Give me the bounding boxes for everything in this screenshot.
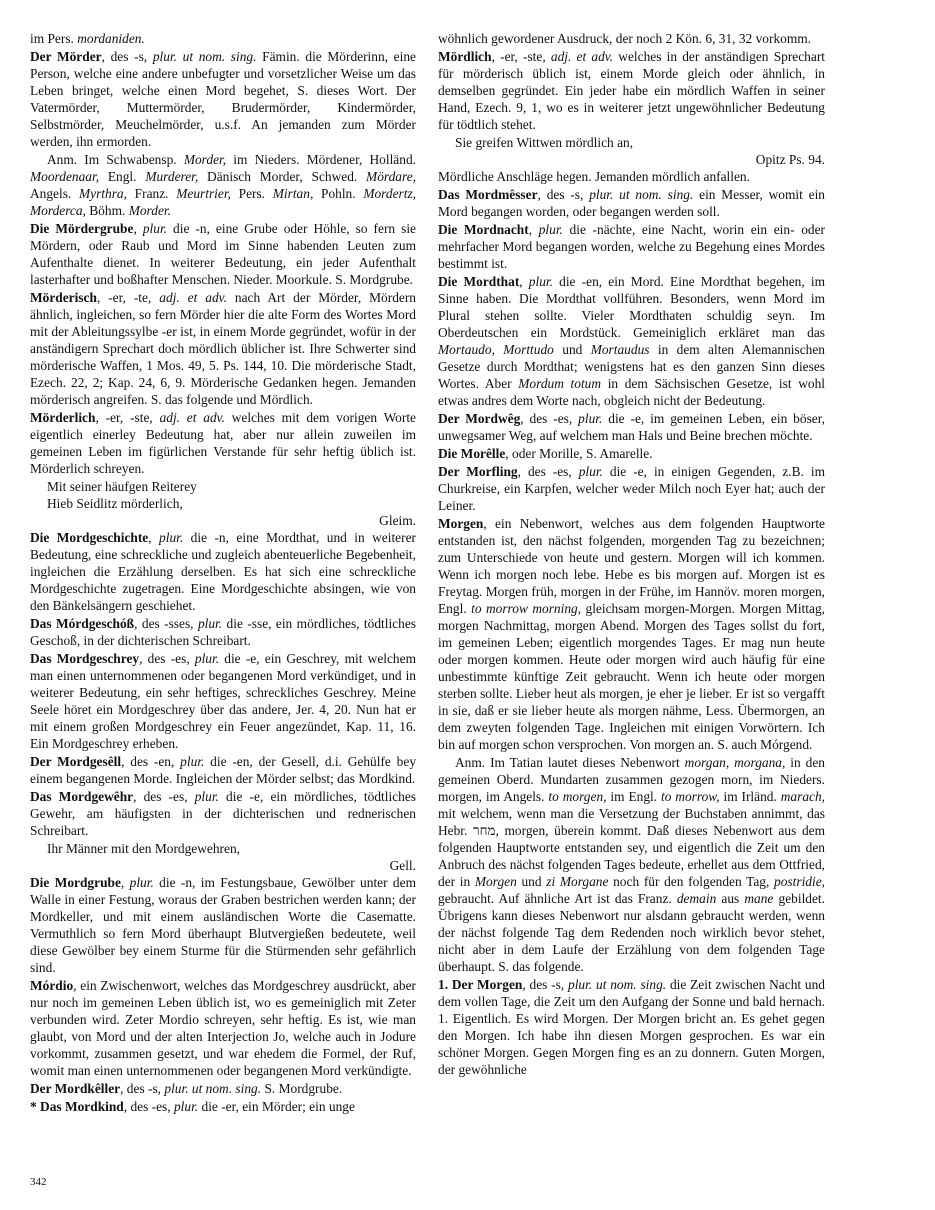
italic-term: morgan, morgana,	[685, 755, 786, 770]
headword: Die Morêlle	[438, 446, 505, 461]
entry-text: ,	[519, 274, 529, 289]
italic-term: plur.	[195, 651, 219, 666]
italic-term: to mor­row,	[661, 789, 720, 804]
entry-text: Dänisch Morder, Schwed.	[198, 169, 366, 184]
headword: Die Mordnacht	[438, 222, 529, 237]
dictionary-entry: Mörderlich, -er, -ste, adj. et adv. welc…	[30, 409, 416, 477]
dictionary-entry: im Pers. mordaniden.	[30, 30, 416, 47]
annotation-paragraph: Anm. Im Schwabensp. Morder, im Nieders. …	[30, 151, 416, 219]
left-column: im Pers. mordaniden.Der Mörder, des -s, …	[30, 30, 416, 1116]
italic-term: Moordenaar,	[30, 169, 99, 184]
dictionary-entry: Der Mordkêller, des -s, plur. ut nom. si…	[30, 1080, 416, 1097]
headword: Der Mordwêg	[438, 411, 520, 426]
headword: Mórdio	[30, 978, 73, 993]
headword: * Das Mordkind	[30, 1099, 124, 1114]
entry-text: ,	[148, 530, 159, 545]
entry-text: Pohln.	[313, 186, 363, 201]
entry-text: ,	[121, 875, 130, 890]
entry-text: Gell.	[390, 858, 416, 873]
entry-text: die Zeit zwischen Nacht und dem vollen T…	[438, 977, 825, 1077]
entry-text: Fämin. die Mörderinn, eine Person, welch…	[30, 49, 416, 149]
entry-text: , oder Morille, S. Amarelle.	[505, 446, 652, 461]
entry-text: Sie greifen Wittwen mördlich an,	[455, 135, 633, 150]
italic-term: to morrow mor­ning,	[471, 601, 581, 616]
entry-text: Mit seiner häufgen Reiterey	[47, 479, 197, 494]
italic-term: marach,	[781, 789, 825, 804]
entry-text: Pers.	[231, 186, 273, 201]
entry-text: Mördliche Anschläge hegen. Jemanden mörd…	[438, 169, 750, 184]
dictionary-entry: Das Mordgeschrey, des -es, plur. die -e,…	[30, 650, 416, 752]
entry-text: die -e, ein Geschrey, mit welchem man ei…	[30, 651, 416, 751]
dictionary-entry: Der Mörder, des -s, plur. ut nom. sing. …	[30, 48, 416, 150]
dictionary-entry: Die Morêlle, oder Morille, S. Amarelle.	[438, 445, 825, 462]
italic-term: Mördare,	[366, 169, 416, 184]
italic-term: Mortaudo, Morttudo	[438, 342, 554, 357]
entry-text: gleichsam morgen-Morgen. Morgen Mittag, …	[438, 601, 825, 752]
entry-text: Ihr Männer mit den Mordgewehren,	[47, 841, 240, 856]
entry-text: gebraucht. Auf ähnliche Art ist das Fran…	[438, 891, 677, 906]
italic-term: adj. et adv.	[159, 290, 227, 305]
italic-term: Morder,	[184, 152, 226, 167]
entry-text: aus	[716, 891, 744, 906]
dictionary-entry: Morgen, ein Nebenwort, welches aus dem f…	[438, 515, 825, 753]
entry-text: und	[554, 342, 591, 357]
dictionary-entry: Der Mordgesêll, des -en, plur. die -en, …	[30, 753, 416, 787]
entry-text: ,	[133, 221, 142, 236]
headword: Die Mordgrube	[30, 875, 121, 890]
entry-text: , des -es,	[518, 464, 579, 479]
dictionary-entry: Das Mordgewêhr, des -es, plur. die -e, e…	[30, 788, 416, 839]
entry-text: , des -es,	[124, 1099, 174, 1114]
entry-text: , -er, -ste,	[492, 49, 551, 64]
headword: Die Mordgeschichte	[30, 530, 148, 545]
entry-text: ,	[529, 222, 539, 237]
headword: Morgen	[438, 516, 483, 531]
verse-quote: Sie greifen Wittwen mördlich an,	[438, 134, 825, 151]
right-column: wöhnlich gewordener Ausdruck, der noch 2…	[438, 30, 825, 1079]
entry-text: wöhnlich gewordener Ausdruck, der noch 2…	[438, 31, 811, 46]
headword: Mörderisch	[30, 290, 97, 305]
headword: Der Mordgesêll	[30, 754, 121, 769]
entry-text: Franz.	[127, 186, 176, 201]
headword: Das Mórdgeschóß	[30, 616, 134, 631]
entry-text: S. Mordgrube.	[261, 1081, 342, 1096]
entry-text: Böhm.	[86, 203, 129, 218]
entry-text: Angels.	[30, 186, 79, 201]
entry-text: , des -s,	[102, 49, 153, 64]
dictionary-entry: Das Mordmêsser, des -s, plur. ut nom. si…	[438, 186, 825, 220]
italic-term: plur. ut nom. sing.	[589, 187, 693, 202]
dictionary-entry: Die Mordthat, plur. die -en, ein Mord. E…	[438, 273, 825, 409]
italic-term: plur.	[529, 274, 553, 289]
citation-source: Gleim.	[30, 512, 416, 529]
page-number: 342	[30, 1176, 47, 1188]
entry-text: , ein Zwischenwort, welches das Mordgesc…	[30, 978, 416, 1078]
dictionary-entry: Die Mördergrube, plur. die -n, eine Grub…	[30, 220, 416, 288]
entry-text: und	[517, 874, 546, 889]
entry-text: im Engl.	[607, 789, 661, 804]
dictionary-entry: Das Mórdgeschóß, des -sses, plur. die -s…	[30, 615, 416, 649]
verse-quote: Ihr Männer mit den Mordgewehren,	[30, 840, 416, 857]
dictionary-entry: Die Mordnacht, plur. die -nächte, eine N…	[438, 221, 825, 272]
dictionary-entry: Der Morfling, des -es, plur. die -e, in …	[438, 463, 825, 514]
italic-term: plur.	[195, 789, 219, 804]
italic-term: plur.	[539, 222, 563, 237]
dictionary-entry: * Das Mordkind, des -es, plur. die -er, …	[30, 1098, 416, 1115]
annotation-paragraph: Anm. Im Tatian lautet dieses Nebenwort m…	[438, 754, 825, 975]
italic-term: Murderer,	[145, 169, 198, 184]
italic-term: postridie,	[774, 874, 825, 889]
italic-term: plur.	[174, 1099, 198, 1114]
dictionary-entry: Die Mordgrube, plur. die -n, im Festungs…	[30, 874, 416, 976]
headword: Das Mordmêsser	[438, 187, 538, 202]
italic-term: Morgen	[475, 874, 517, 889]
entry-text: noch für den folgenden Tag,	[608, 874, 774, 889]
italic-term: Mirtan,	[273, 186, 314, 201]
italic-term: Morder.	[129, 203, 171, 218]
italic-term: Meurtrier,	[176, 186, 231, 201]
entry-text: Hieb Seidlitz mörderlich,	[47, 496, 183, 511]
entry-text: im Irländ.	[720, 789, 781, 804]
headword: Die Mördergrube	[30, 221, 133, 236]
headword: Mörderlich	[30, 410, 95, 425]
entry-text: Opitz Ps. 94.	[756, 152, 825, 167]
italic-term: mane	[744, 891, 773, 906]
verse-quote: Hieb Seidlitz mörderlich,	[30, 495, 416, 512]
entry-text: die -er, ein Mörder; ein unge­	[198, 1099, 355, 1114]
entry-text: , des -s,	[538, 187, 590, 202]
dictionary-entry: Mördliche Anschläge hegen. Jemanden mörd…	[438, 168, 825, 185]
dictionary-entry: Mórdio, ein Zwischenwort, welches das Mo…	[30, 977, 416, 1079]
dictionary-entry: wöhnlich gewordener Ausdruck, der noch 2…	[438, 30, 825, 47]
entry-text: nach Art der Mörder, Mördern ähnlich, in…	[30, 290, 416, 407]
italic-term: mordaniden.	[77, 31, 145, 46]
dictionary-entry: 1. Der Morgen, des -s, plur. ut nom. sin…	[438, 976, 825, 1078]
entry-text: , des -s,	[120, 1081, 164, 1096]
headword: Mördlich	[438, 49, 492, 64]
italic-term: plur.	[198, 616, 222, 631]
headword: Das Mordgeschrey	[30, 651, 139, 666]
italic-term: plur.	[143, 221, 167, 236]
italic-term: plur. ut nom. sing.	[153, 49, 257, 64]
italic-term: zi Morgane	[546, 874, 608, 889]
entry-text: , des -s,	[522, 977, 568, 992]
entry-text: im Nieders. Mördener, Holländ.	[226, 152, 416, 167]
entry-text: Gleim.	[379, 513, 416, 528]
headword: Der Mörder	[30, 49, 102, 64]
entry-text: , -er, -ste,	[95, 410, 159, 425]
italic-term: Mordum totum	[518, 376, 601, 391]
entry-text: , -er, -te,	[97, 290, 159, 305]
headword: Der Morfling	[438, 464, 518, 479]
dictionary-entry: Mörderisch, -er, -te, adj. et adv. nach …	[30, 289, 416, 408]
headword: 1. Der Morgen	[438, 977, 522, 992]
headword: Das Mordgewêhr	[30, 789, 133, 804]
headword: Die Mordthat	[438, 274, 519, 289]
entry-text: , des -es,	[139, 651, 195, 666]
dictionary-entry: Mördlich, -er, -ste, adj. et adv. welche…	[438, 48, 825, 133]
entry-text: , des -es,	[133, 789, 195, 804]
italic-term: Mortaudus	[591, 342, 650, 357]
italic-term: plur.	[579, 464, 603, 479]
italic-term: plur.	[159, 530, 183, 545]
italic-term: plur.	[130, 875, 154, 890]
italic-term: Myrthra,	[79, 186, 127, 201]
citation-source: Gell.	[30, 857, 416, 874]
entry-text: , des -es,	[520, 411, 578, 426]
italic-term: plur.	[578, 411, 602, 426]
entry-text: Anm. Im Tatian lautet dieses Nebenwort	[455, 755, 685, 770]
italic-term: plur.	[180, 754, 204, 769]
citation-source: Opitz Ps. 94.	[438, 151, 825, 168]
entry-text: im Pers.	[30, 31, 77, 46]
entry-text: Anm. Im Schwabensp.	[47, 152, 184, 167]
italic-term: plur. ut nom. sing.	[164, 1081, 261, 1096]
italic-term: plur. ut nom. sing.	[568, 977, 666, 992]
headword: Der Mordkêller	[30, 1081, 120, 1096]
italic-term: adj. et adv.	[160, 410, 225, 425]
dictionary-entry: Der Mordwêg, des -es, plur. die -e, im g…	[438, 410, 825, 444]
dictionary-entry: Die Mordgeschichte, plur. die -n, eine M…	[30, 529, 416, 614]
verse-quote: Mit seiner häufgen Reiterey	[30, 478, 416, 495]
entry-text: , des -en,	[121, 754, 180, 769]
entry-text: , des -sses,	[134, 616, 198, 631]
italic-term: demain	[677, 891, 716, 906]
italic-term: to morgen,	[548, 789, 606, 804]
entry-text: die -n, im Festungsbaue, Gewölber unter …	[30, 875, 416, 975]
entry-text: Engl.	[99, 169, 145, 184]
italic-term: adj. et adv.	[551, 49, 613, 64]
